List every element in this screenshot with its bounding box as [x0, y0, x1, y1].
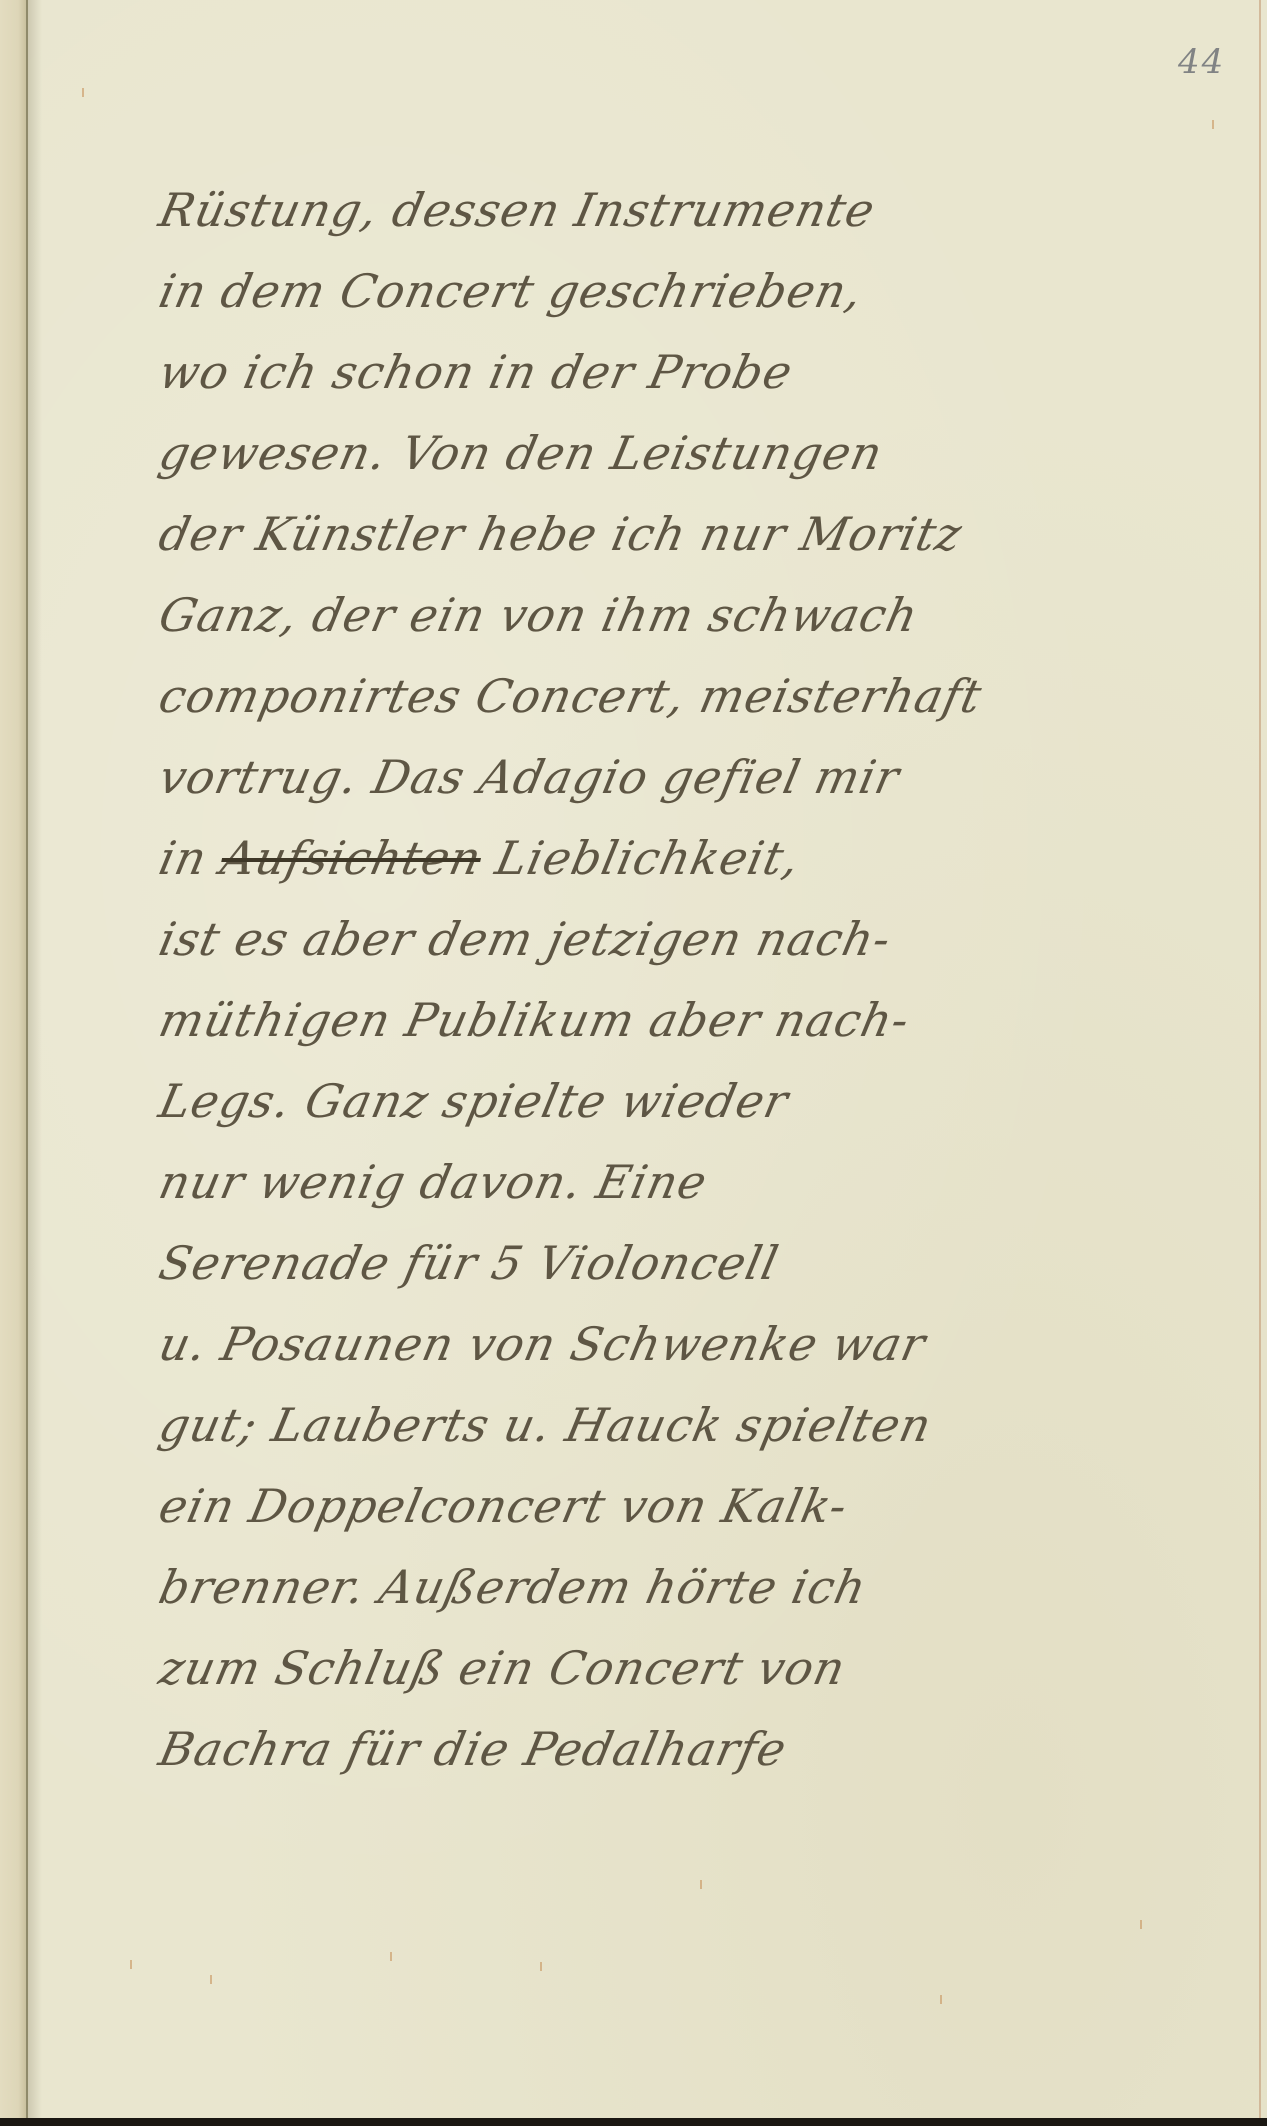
text-line: Legs. Ganz spielte wieder	[151, 1061, 1068, 1142]
text-line: componirtes Concert, meisterhaft	[151, 656, 1068, 737]
text-line: Rüstung, dessen Instrumente	[151, 170, 1068, 251]
scan-border	[0, 2118, 1267, 2126]
struck-word: Aufsichten	[216, 831, 486, 885]
gutter-shadow	[28, 0, 42, 2120]
text-line: Bachra für die Pedalharfe	[151, 1709, 1068, 1790]
page-edge	[1259, 0, 1261, 2120]
text-line: ein Doppelconcert von Kalk-	[151, 1466, 1068, 1547]
text-line: Serenade für 5 Violoncell	[151, 1223, 1068, 1304]
text-line: u. Posaunen von Schwenke war	[151, 1304, 1068, 1385]
text-line: zum Schluß ein Concert von	[151, 1628, 1068, 1709]
text-line-with-deletion: in Aufsichten Lieblichkeit,	[151, 818, 1068, 899]
folio-number: 44	[1178, 42, 1225, 82]
text-line: müthigen Publikum aber nach-	[151, 980, 1068, 1061]
text-line: wo ich schon in der Probe	[151, 332, 1068, 413]
text-line: in dem Concert geschrieben,	[151, 251, 1068, 332]
binding-gutter	[0, 0, 28, 2120]
text-line: der Künstler hebe ich nur Moritz	[151, 494, 1068, 575]
handwritten-text: Rüstung, dessen Instrumente in dem Conce…	[160, 170, 1060, 1790]
text-line: brenner. Außerdem hörte ich	[151, 1547, 1068, 1628]
text-line: gut; Lauberts u. Hauck spielten	[151, 1385, 1068, 1466]
text-line: nur wenig davon. Eine	[151, 1142, 1068, 1223]
text-line: Ganz, der ein von ihm schwach	[151, 575, 1068, 656]
text-line: vortrug. Das Adagio gefiel mir	[151, 737, 1068, 818]
text-line: ist es aber dem jetzigen nach-	[151, 899, 1068, 980]
manuscript-page: 44 Rüstung, dessen Instrumente in dem Co…	[0, 0, 1267, 2120]
text-line: gewesen. Von den Leistungen	[151, 413, 1068, 494]
